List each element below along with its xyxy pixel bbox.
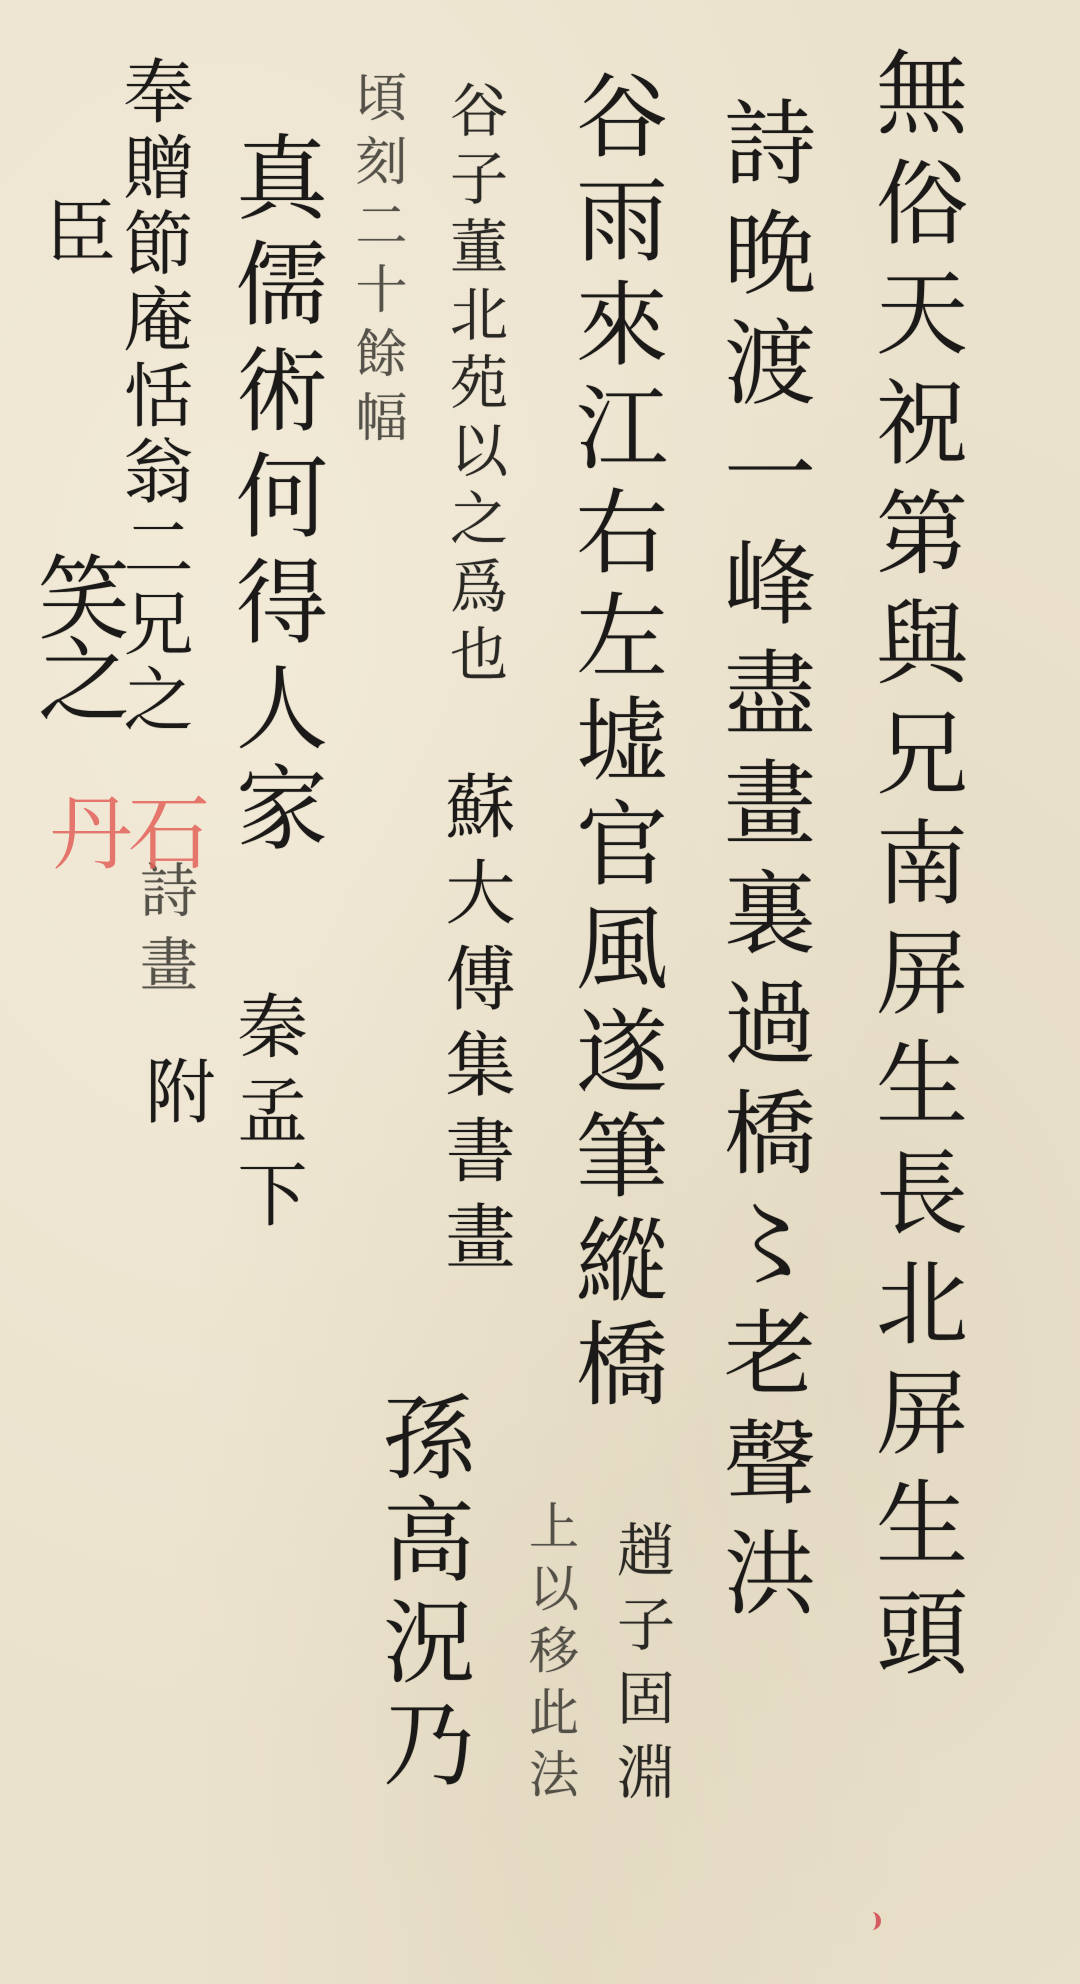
column-1: 無俗天祝第與兄南屏生長北屏生頭 xyxy=(868,45,960,1695)
column-6: 真儒術何得人 xyxy=(228,130,320,766)
column-7-fu: 附 xyxy=(140,1055,210,1147)
column-8-signature: 笑之 xyxy=(30,550,122,714)
column-4-upper: 谷子董北苑以之爲也 xyxy=(445,80,503,692)
column-6-jia: 家 xyxy=(228,760,320,870)
column-6-tail: 秦孟下 xyxy=(232,990,302,1242)
column-3-note-left: 上以移此法 xyxy=(525,1500,575,1810)
column-4-lower: 蘇大傅集書畫 xyxy=(440,770,510,1286)
red-ink-mark xyxy=(862,1912,881,1930)
column-3-note-right: 趙子固淵 xyxy=(612,1520,670,1816)
column-2: 詩晚渡一峰盡畫裏過橋〻老聲洪 xyxy=(716,95,808,1635)
column-3: 谷雨來江右左墟官風遂筆縱橋 xyxy=(568,68,660,1420)
column-5: 頃刻二十餘幅 xyxy=(350,70,402,454)
column-7-shihua: 詩畫 xyxy=(135,860,193,1008)
column-8-chen: 臣 xyxy=(40,195,110,287)
column-4-bottom: 孫高況乃 xyxy=(375,1390,467,1798)
red-seal: 丹石 xyxy=(50,790,218,880)
